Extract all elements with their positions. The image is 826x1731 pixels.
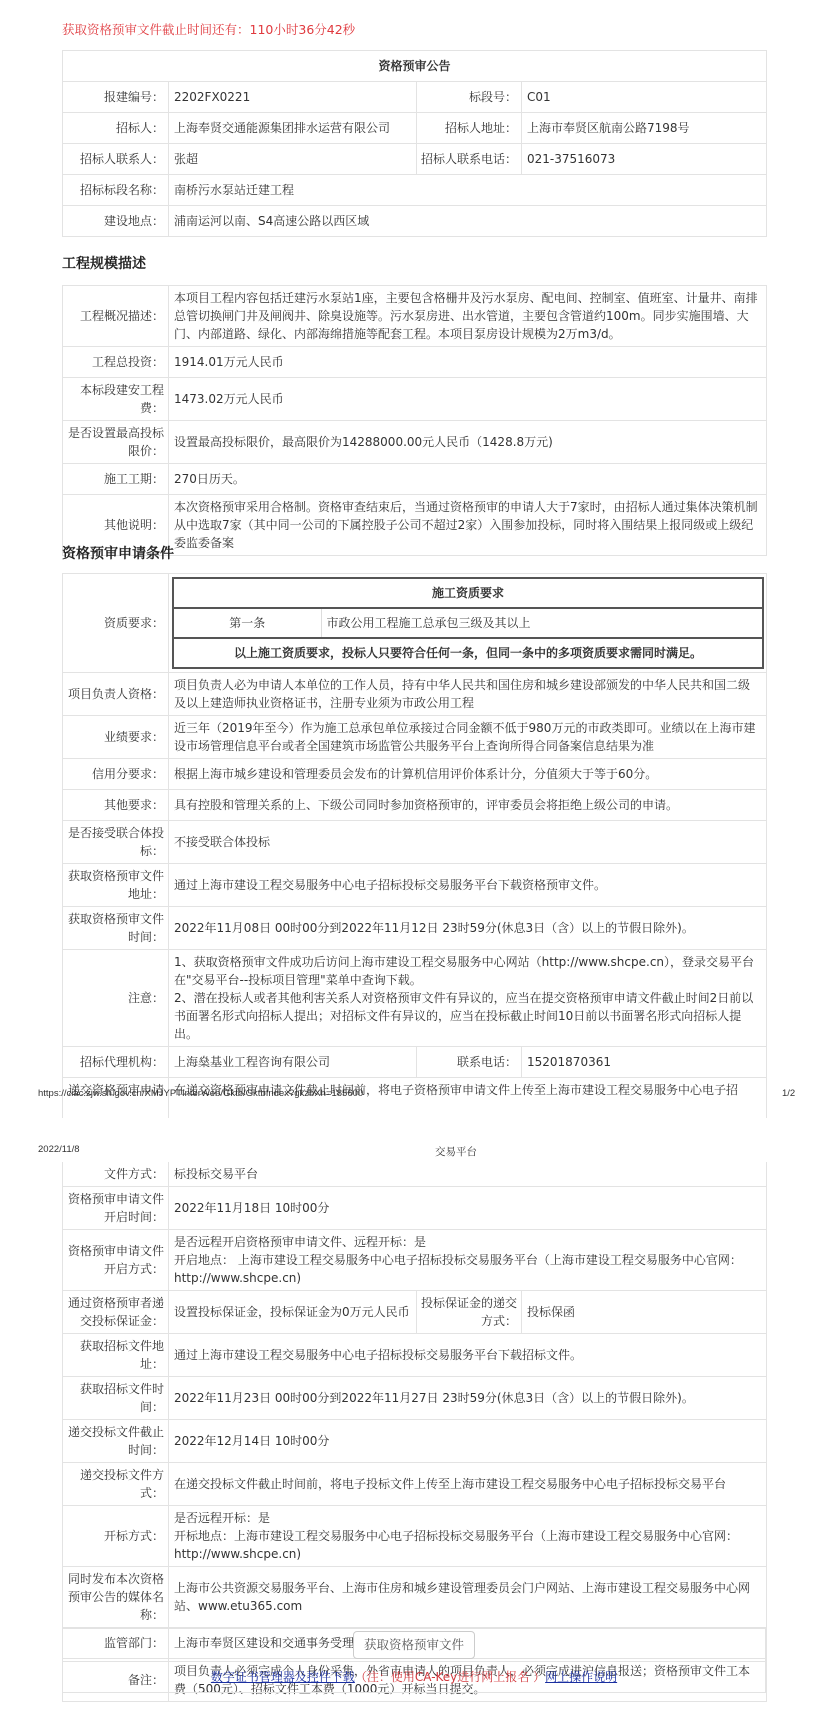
total-invest-label: 工程总投资： <box>63 347 169 378</box>
pm-label: 项目负责人资格： <box>63 673 169 716</box>
page2-table: 文件方式： 标投标交易平台 资格预审申请文件开启时间： 2022年11月18日 … <box>62 1162 767 1702</box>
open-time-value: 2022年11月18日 10时00分 <box>169 1187 767 1230</box>
total-invest-value: 1914.01万元人民币 <box>169 347 767 378</box>
tender-time-value: 2022年11月23日 00时00分到2022年11月27日 23时59分(休息… <box>169 1377 767 1420</box>
doc-addr-label: 获取资格预审文件地址： <box>63 864 169 907</box>
opening-value: 是否远程开标：是 开标地点：上海市建设工程交易服务中心电子招标投标交易服务平台（… <box>169 1506 767 1567</box>
qualification-item-no: 第一条 <box>173 608 321 638</box>
consortium-value: 不接受联合体投标 <box>169 821 767 864</box>
submit-value-bottom: 标投标交易平台 <box>169 1162 767 1187</box>
attention-value: 1、获取资格预审文件成功后访问上海市建设工程交易服务中心网站（http://ww… <box>169 950 767 1047</box>
tenderer-value: 上海奉贤交通能源集团排水运营有限公司 <box>169 113 417 144</box>
tenderer-label: 招标人： <box>63 113 169 144</box>
section-name-value: 南桥污水泵站迁建工程 <box>169 175 767 206</box>
contact-label: 招标人联系人： <box>63 144 169 175</box>
scale-heading: 工程规模描述 <box>62 253 146 273</box>
print-page-number: 1/2 <box>782 1088 795 1099</box>
button-cell: 获取资格预审文件 <box>63 1629 766 1662</box>
bond-value: 设置投标保证金，投标保证金为0万元人民币 <box>169 1291 417 1334</box>
other-value: 本次资格预审采用合格制。资格审查结束后，当通过资格预审的申请人大于7家时，由招标… <box>169 495 767 556</box>
tenderer-addr-label: 招标人地址： <box>417 113 522 144</box>
pm-value: 项目负责人必为申请人本单位的工作人员，持有中华人民共和国住房和城乡建设部颁发的中… <box>169 673 767 716</box>
other-req-label: 其他要求： <box>63 790 169 821</box>
media-label: 同时发布本次资格预审公告的媒体名称： <box>63 1567 169 1628</box>
open-method-value: 是否远程开启资格预审申请文件、远程开标：是 开启地点： 上海市建设工程交易服务中… <box>169 1230 767 1291</box>
open-time-label: 资格预审申请文件开启时间： <box>63 1187 169 1230</box>
contact-value: 张超 <box>169 144 417 175</box>
tender-addr-label: 获取招标文件地址： <box>63 1334 169 1377</box>
opening-label: 开标方式： <box>63 1506 169 1567</box>
conditions-table: 资质要求： 施工资质要求 第一条 市政公用工程施工总承包三级及其以上 以上施工资… <box>62 573 767 1118</box>
attention-line-2: 2、潜在投标人或者其他利害关系人对资格预审文件有异议的，应当在提交资格预审申请文… <box>174 989 761 1043</box>
location-value: 浦南运河以南、S4高速公路以西区域 <box>169 206 767 237</box>
notice-table: 资格预审公告 报建编号： 2202FX0221 标段号： C01 招标人： 上海… <box>62 50 767 237</box>
opening-line-2: 开标地点：上海市建设工程交易服务中心电子招标投标交易服务平台（上海市建设工程交易… <box>174 1527 761 1563</box>
qualification-item-text: 市政公用工程施工总承包三级及其以上 <box>321 608 763 638</box>
action-table: 获取资格预审文件 数字证书管理器及控件下载（注：使用CA-Key进行网上报名 ）… <box>62 1628 766 1693</box>
bond-method-value: 投标保函 <box>522 1291 767 1334</box>
agency-phone-label: 联系电话： <box>417 1047 522 1078</box>
agency-label: 招标代理机构： <box>63 1047 169 1078</box>
agency-phone-value: 15201870361 <box>522 1047 767 1078</box>
scale-table: 工程概况描述： 本项目工程内容包括迁建污水泵站1座，主要包含格栅井及污水泵房、配… <box>62 285 767 556</box>
get-prequal-doc-button[interactable]: 获取资格预审文件 <box>353 1631 475 1659</box>
project-no-value: 2202FX0221 <box>169 82 417 113</box>
project-no-label: 报建编号： <box>63 82 169 113</box>
section-cost-value: 1473.02万元人民币 <box>169 378 767 421</box>
qualification-note: 以上施工资质要求，投标人只要符合任何一条，但同一条中的多项资质要求需同时满足。 <box>173 638 763 668</box>
attention-line-1: 1、获取资格预审文件成功后访问上海市建设工程交易服务中心网站（http://ww… <box>174 953 761 989</box>
max-price-label: 是否设置最高投标限价： <box>63 421 169 464</box>
tenderer-addr-value: 上海市奉贤区航南公路7198号 <box>522 113 767 144</box>
print-url: https://ciac.zjw.sh.gov.cn/XMJYPTInterWe… <box>38 1088 363 1099</box>
submit-method-value: 在递交投标文件截止时间前，将电子投标文件上传至上海市建设工程交易服务中心电子招标… <box>169 1463 767 1506</box>
conditions-heading: 资格预审申请条件 <box>62 543 174 563</box>
overview-label: 工程概况描述： <box>63 286 169 347</box>
tender-time-label: 获取招标文件时间： <box>63 1377 169 1420</box>
open-method-label: 资格预审申请文件开启方式： <box>63 1230 169 1291</box>
section-name-label: 招标标段名称： <box>63 175 169 206</box>
location-label: 建设地点： <box>63 206 169 237</box>
opening-line-1: 是否远程开标：是 <box>174 1509 761 1527</box>
qualification-label: 资质要求： <box>63 574 169 673</box>
other-req-value: 具有控股和管理关系的上、下级公司同时参加资格预审的，评审委员会将拒绝上级公司的申… <box>169 790 767 821</box>
bond-label: 通过资格预审者递交投标保证金： <box>63 1291 169 1334</box>
duration-label: 施工工期： <box>63 464 169 495</box>
attention-label: 注意： <box>63 950 169 1047</box>
open-method-line-2: 开启地点： 上海市建设工程交易服务中心电子招标投标交易服务平台（上海市建设工程交… <box>174 1251 761 1287</box>
doc-time-label: 获取资格预审文件时间： <box>63 907 169 950</box>
links-cell: 数字证书管理器及控件下载（注：使用CA-Key进行网上报名 ）网上操作说明 <box>63 1662 766 1693</box>
print-date: 2022/11/8 <box>38 1144 80 1155</box>
doc-addr-value: 通过上海市建设工程交易服务中心电子招标投标交易服务平台下载资格预审文件。 <box>169 864 767 907</box>
section-no-label: 标段号： <box>417 82 522 113</box>
countdown-value: 110小时36分42秒 <box>250 22 356 37</box>
media-value: 上海市公共资源交易服务平台、上海市住房和城乡建设管理委员会门户网站、上海市建设工… <box>169 1567 767 1628</box>
consortium-label: 是否接受联合体投标： <box>63 821 169 864</box>
credit-label: 信用分要求： <box>63 759 169 790</box>
agency-value: 上海燊基业工程咨询有限公司 <box>169 1047 417 1078</box>
section-cost-label: 本标段建安工程费： <box>63 378 169 421</box>
submit-method-label: 递交投标文件方式： <box>63 1463 169 1506</box>
print-title: 交易平台 <box>435 1144 477 1159</box>
contact-phone-label: 招标人联系电话： <box>417 144 522 175</box>
doc-time-value: 2022年11月08日 00时00分到2022年11月12日 23时59分(休息… <box>169 907 767 950</box>
qualification-cell: 施工资质要求 第一条 市政公用工程施工总承包三级及其以上 以上施工资质要求，投标… <box>169 574 767 673</box>
countdown-text: 获取资格预审文件截止时间还有：110小时36分42秒 <box>62 20 355 38</box>
duration-value: 270日历天。 <box>169 464 767 495</box>
online-guide-link[interactable]: 网上操作说明 <box>545 1670 617 1684</box>
cert-download-link[interactable]: 数字证书管理器及控件下载 <box>211 1670 355 1684</box>
performance-value: 近三年（2019年至今）作为施工总承包单位承接过合同金额不低于980万元的市政类… <box>169 716 767 759</box>
section-no-value: C01 <box>522 82 767 113</box>
notice-title: 资格预审公告 <box>63 51 767 82</box>
deadline-label: 递交投标文件截止时间： <box>63 1420 169 1463</box>
tender-addr-value: 通过上海市建设工程交易服务中心电子招标投标交易服务平台下载招标文件。 <box>169 1334 767 1377</box>
qualification-table-title: 施工资质要求 <box>173 578 763 608</box>
performance-label: 业绩要求： <box>63 716 169 759</box>
deadline-value: 2022年12月14日 10时00分 <box>169 1420 767 1463</box>
submit-label-bottom: 文件方式： <box>63 1162 169 1187</box>
qualification-table: 施工资质要求 第一条 市政公用工程施工总承包三级及其以上 以上施工资质要求，投标… <box>172 577 764 669</box>
countdown-label: 获取资格预审文件截止时间还有： <box>62 22 250 37</box>
overview-value: 本项目工程内容包括迁建污水泵站1座，主要包含格栅井及污水泵房、配电间、控制室、值… <box>169 286 767 347</box>
contact-phone-value: 021-37516073 <box>522 144 767 175</box>
credit-value: 根据上海市城乡建设和管理委员会发布的计算机信用评价体系计分，分值须大于等于60分… <box>169 759 767 790</box>
open-method-line-1: 是否远程开启资格预审申请文件、远程开标：是 <box>174 1233 761 1251</box>
bond-method-label: 投标保证金的递交方式： <box>417 1291 522 1334</box>
ca-key-note: （注：使用CA-Key进行网上报名 ） <box>355 1670 545 1684</box>
max-price-value: 设置最高投标限价，最高限价为14288000.00元人民币（1428.8万元) <box>169 421 767 464</box>
